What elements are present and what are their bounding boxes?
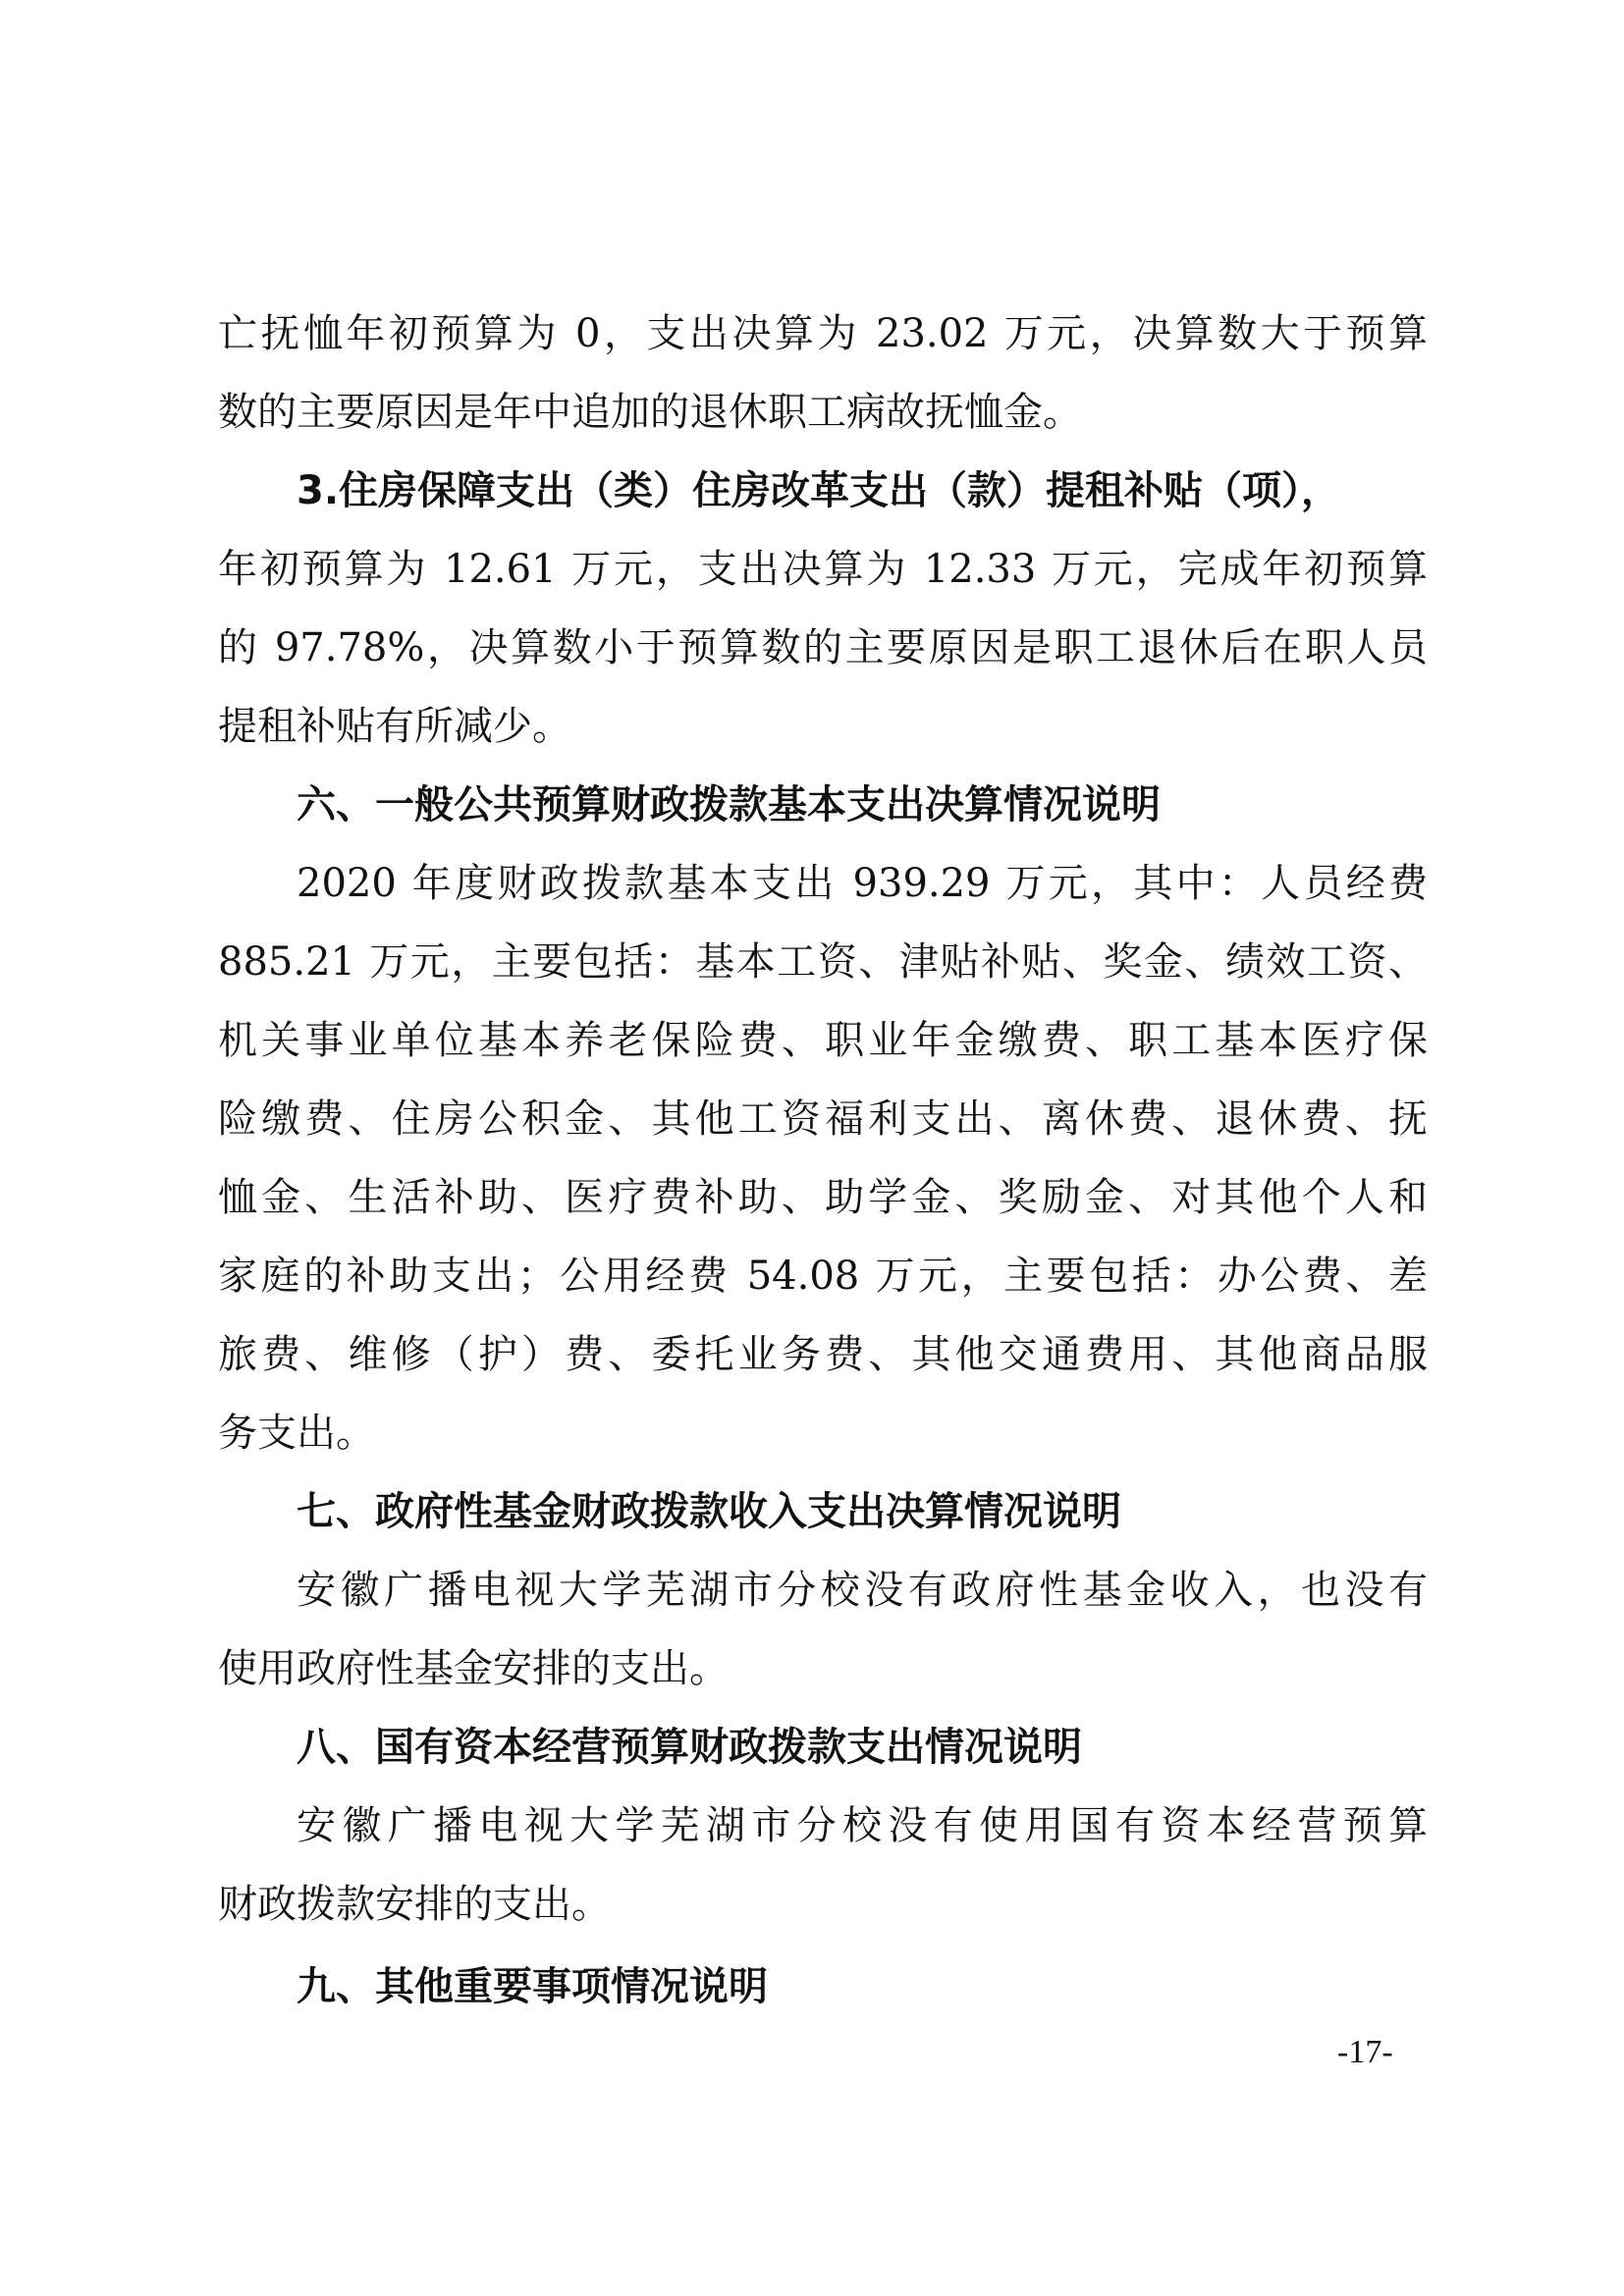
item-heading-housing-subsidy: 3.住房保障支出（类）住房改革支出（款）提租补贴（项），	[297, 463, 1340, 518]
paragraph-line: 家庭的补助支出；公用经费 54.08 万元，主要包括：办公费、差	[218, 1249, 1428, 1304]
document-page: 亡抚恤年初预算为 0，支出决算为 23.02 万元，决算数大于预算 数的主要原因…	[0, 0, 1624, 2296]
paragraph-line: 务支出。	[218, 1406, 1428, 1461]
paragraph-line: 的 97.78%，决算数小于预算数的主要原因是职工退休后在职人员	[218, 620, 1428, 675]
section-heading-8: 八、国有资本经营预算财政拨款支出情况说明	[297, 1720, 1082, 1775]
paragraph-line: 提租补贴有所减少。	[218, 699, 1428, 754]
section-heading-6: 六、一般公共预算财政拨款基本支出决算情况说明	[297, 777, 1161, 832]
paragraph-line: 安徽广播电视大学芜湖市分校没有使用国有资本经营预算	[297, 1798, 1428, 1853]
paragraph-line: 使用政府性基金安排的支出。	[218, 1641, 1428, 1696]
paragraph-line: 险缴费、住房公积金、其他工资福利支出、离休费、退休费、抚	[218, 1092, 1428, 1147]
paragraph-line: 2020 年度财政拨款基本支出 939.29 万元，其中：人员经费	[297, 856, 1428, 911]
paragraph-line: 数的主要原因是年中追加的退休职工病故抚恤金。	[218, 385, 1428, 440]
paragraph-line: 亡抚恤年初预算为 0，支出决算为 23.02 万元，决算数大于预算	[218, 306, 1428, 361]
paragraph-line: 885.21 万元，主要包括：基本工资、津贴补贴、奖金、绩效工资、	[218, 934, 1428, 989]
paragraph-line: 安徽广播电视大学芜湖市分校没有政府性基金收入，也没有	[297, 1563, 1428, 1618]
paragraph-line: 年初预算为 12.61 万元，支出决算为 12.33 万元，完成年初预算	[218, 542, 1428, 597]
section-heading-7: 七、政府性基金财政拨款收入支出决算情况说明	[297, 1484, 1121, 1539]
paragraph-line: 旅费、维修（护）费、委托业务费、其他交通费用、其他商品服	[218, 1327, 1428, 1382]
paragraph-line: 恤金、生活补助、医疗费补助、助学金、奖励金、对其他个人和	[218, 1170, 1428, 1225]
section-heading-9: 九、其他重要事项情况说明	[297, 1959, 768, 2014]
paragraph-line: 机关事业单位基本养老保险费、职业年金缴费、职工基本医疗保	[218, 1013, 1428, 1068]
page-number: -17-	[1337, 2034, 1393, 2071]
paragraph-line: 财政拨款安排的支出。	[218, 1877, 1428, 1932]
